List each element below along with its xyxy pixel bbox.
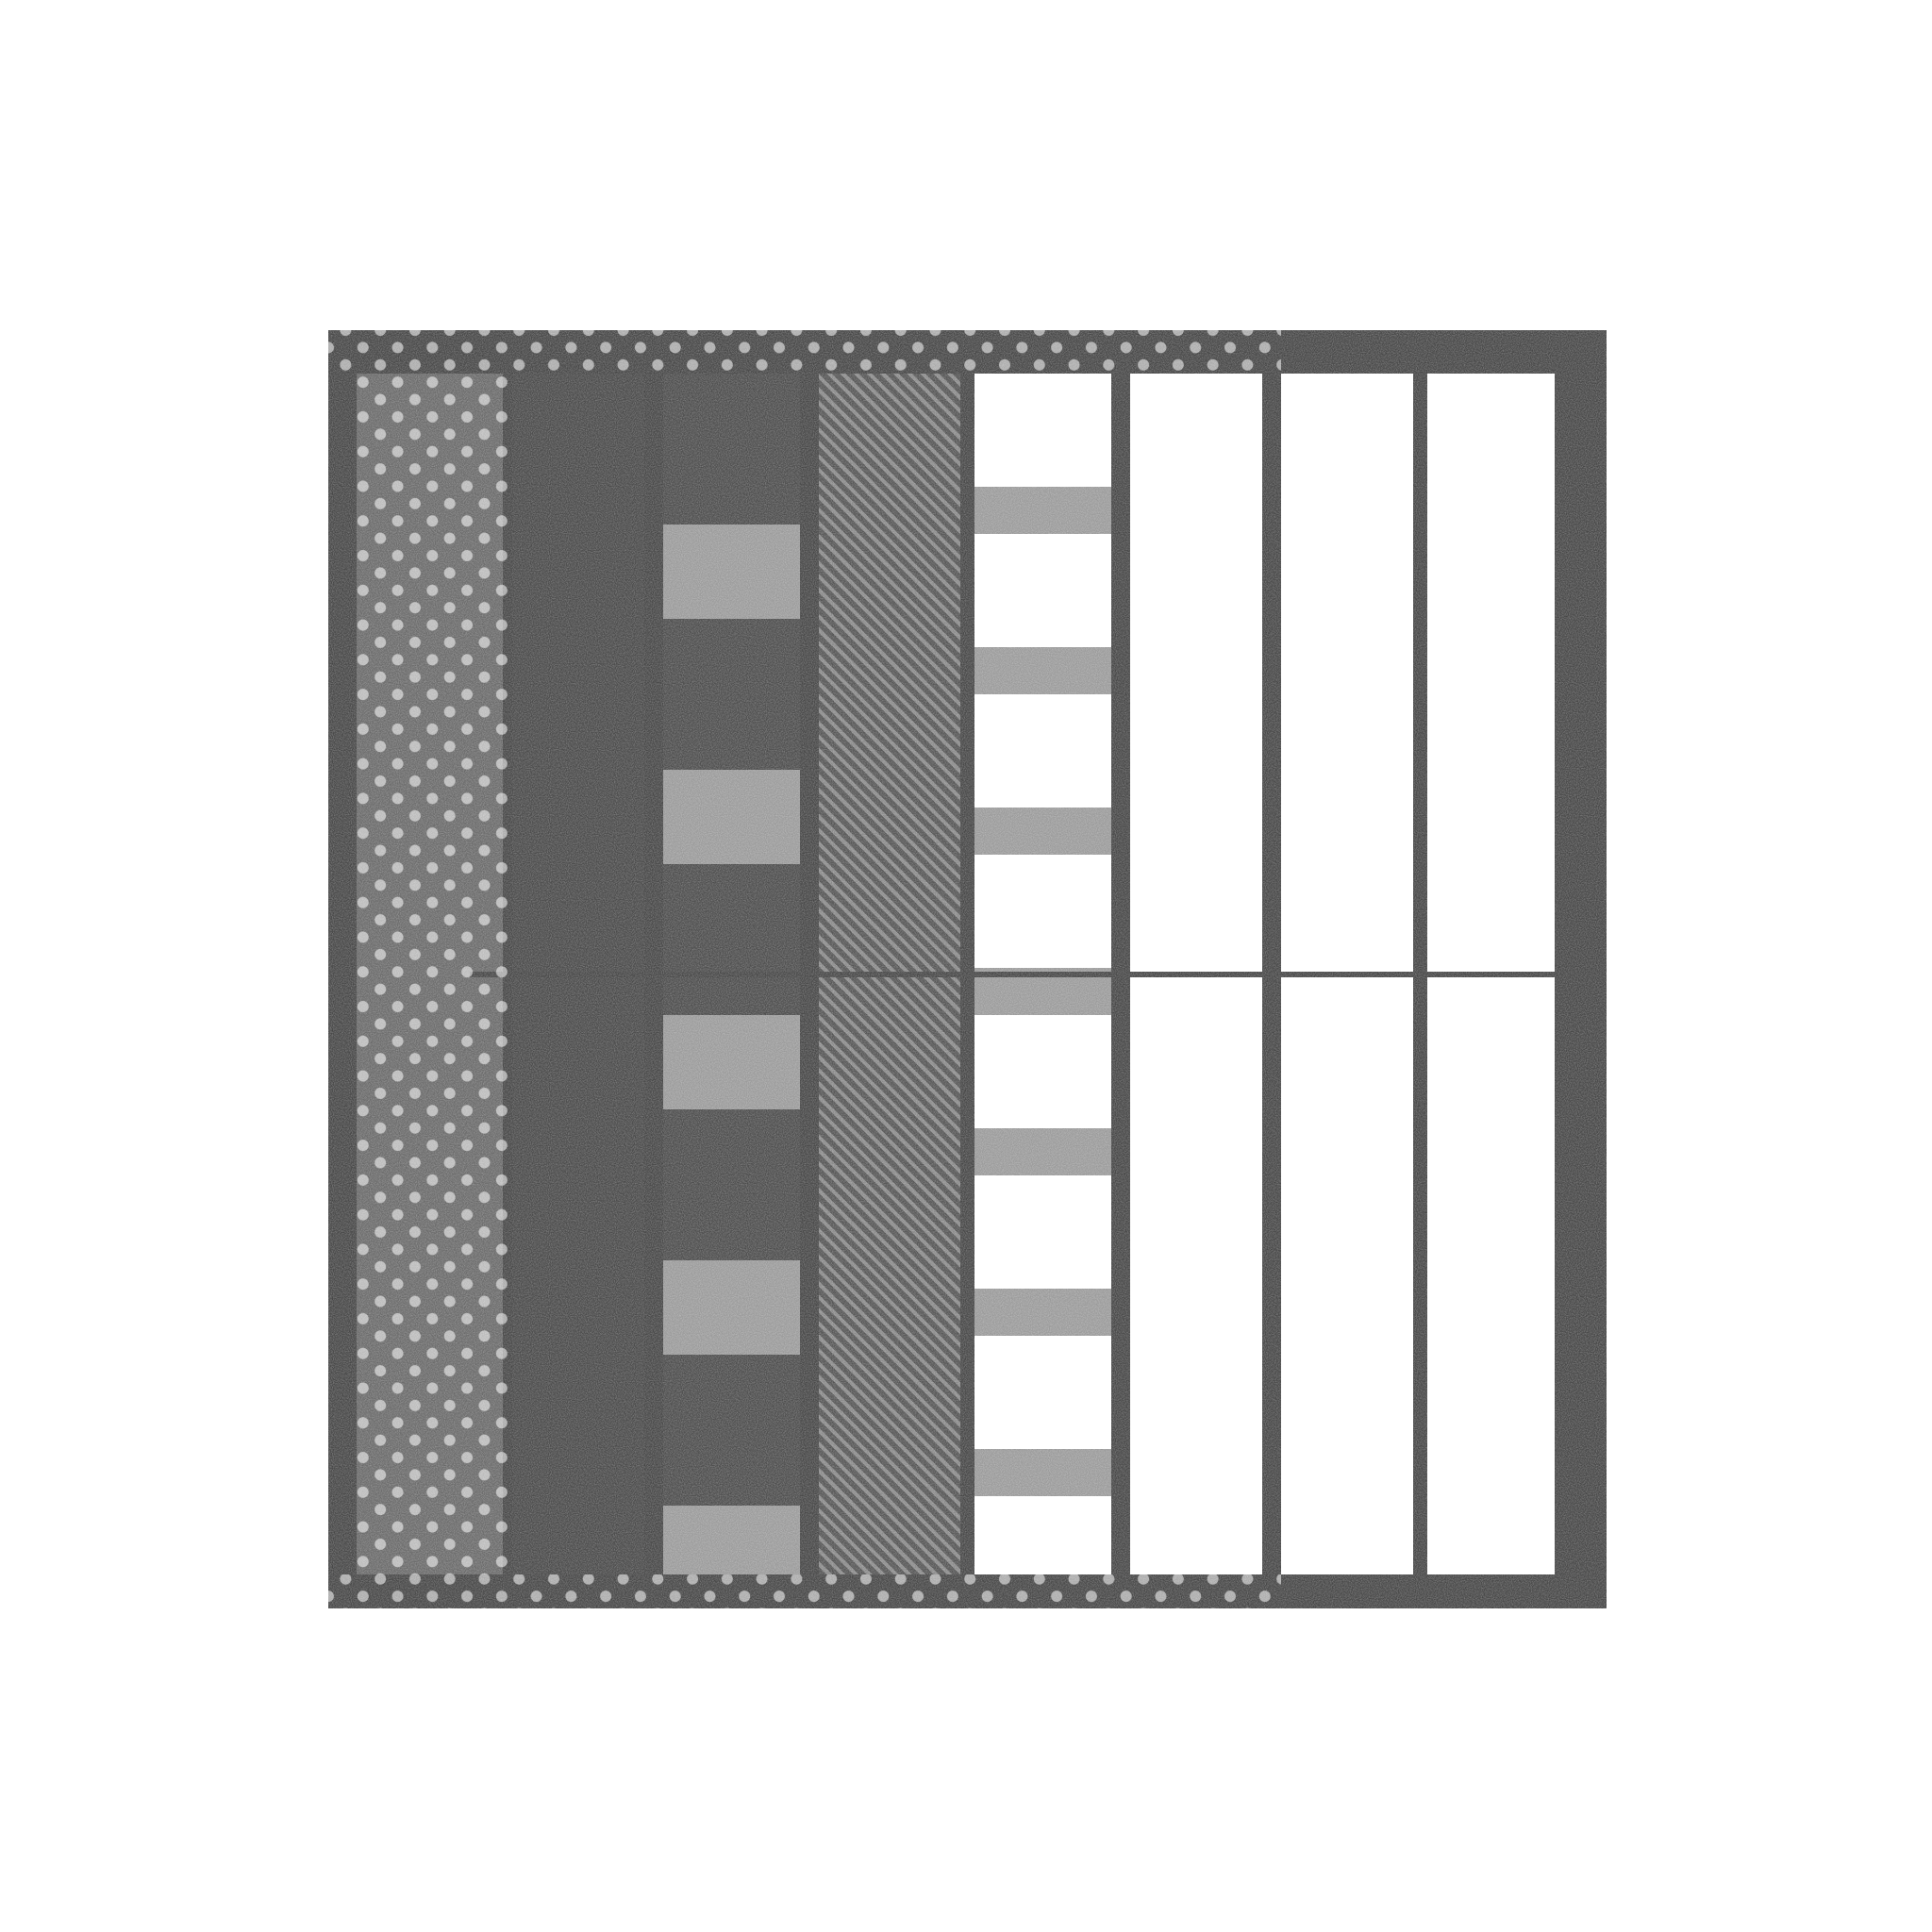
horizontal-divider [470, 972, 1588, 977]
halftone-artwork [328, 330, 1607, 1608]
